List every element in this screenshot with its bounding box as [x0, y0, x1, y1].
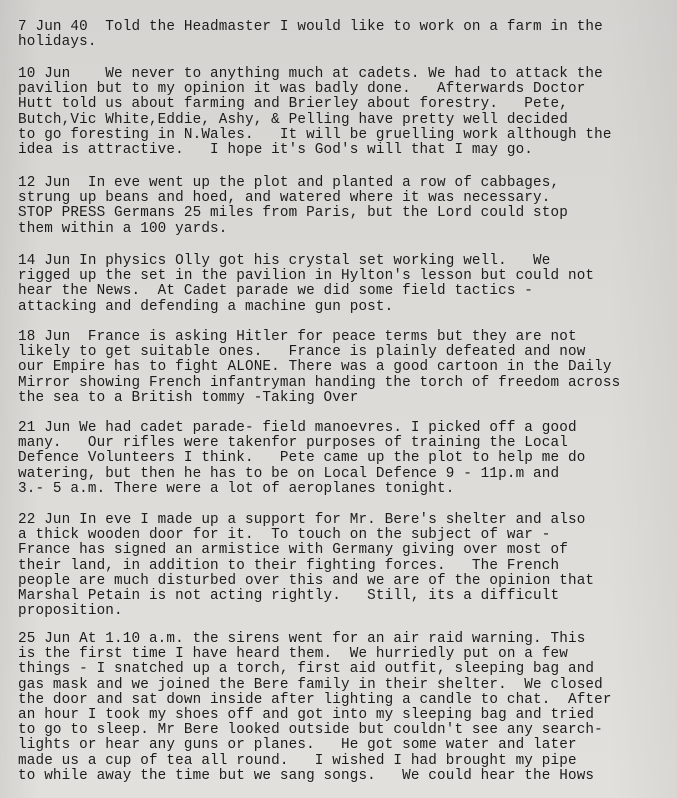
- diary-line: 10 Jun We never to anything much at cade…: [18, 67, 612, 82]
- diary-line: Marshal Petain is not acting rightly. St…: [18, 589, 594, 604]
- diary-line: 12 Jun In eve went up the plot and plant…: [18, 176, 568, 191]
- diary-line: idea is attractive. I hope it's God's wi…: [18, 143, 612, 158]
- diary-entry-14-jun: 14 Jun In physics Olly got his crystal s…: [18, 254, 594, 315]
- diary-line: likely to get suitable ones. France is p…: [18, 345, 620, 360]
- diary-line: pavilion but to my opinion it was badly …: [18, 82, 612, 97]
- diary-line: our Empire has to fight ALONE. There was…: [18, 360, 620, 375]
- diary-page: 7 Jun 40 Told the Headmaster I would lik…: [0, 0, 677, 798]
- diary-line: 3.- 5 a.m. There were a lot of aeroplane…: [18, 482, 585, 497]
- diary-line: Hutt told us about farming and Brierley …: [18, 97, 612, 112]
- diary-line: many. Our rifles were takenfor purposes …: [18, 436, 585, 451]
- diary-line: to go foresting in N.Wales. It will be g…: [18, 128, 612, 143]
- diary-line: Defence Volunteers I think. Pete came up…: [18, 451, 585, 466]
- diary-line: Mirror showing French infantryman handin…: [18, 376, 620, 391]
- diary-line: an hour I took my shoes off and got into…: [18, 708, 612, 723]
- diary-entry-18-jun: 18 Jun France is asking Hitler for peace…: [18, 330, 620, 406]
- diary-line: attacking and defending a machine gun po…: [18, 300, 594, 315]
- diary-line: the sea to a British tommy -Taking Over: [18, 391, 620, 406]
- diary-line: is the first time I have heard them. We …: [18, 647, 612, 662]
- diary-line: strung up beans and hoed, and watered wh…: [18, 191, 568, 206]
- diary-line: 14 Jun In physics Olly got his crystal s…: [18, 254, 594, 269]
- diary-line: a thick wooden door for it. To touch on …: [18, 528, 594, 543]
- diary-entry-21-jun: 21 Jun We had cadet parade- field manoev…: [18, 421, 585, 497]
- diary-entry-10-jun: 10 Jun We never to anything much at cade…: [18, 67, 612, 158]
- diary-line: them within a 100 yards.: [18, 222, 568, 237]
- diary-line: 22 Jun In eve I made up a support for Mr…: [18, 513, 594, 528]
- diary-entry-22-jun: 22 Jun In eve I made up a support for Mr…: [18, 513, 594, 619]
- diary-line: 21 Jun We had cadet parade- field manoev…: [18, 421, 585, 436]
- diary-line: their land, in addition to their fightin…: [18, 559, 594, 574]
- diary-line: people are much disturbed over this and …: [18, 574, 594, 589]
- diary-line: to go to sleep. Mr Bere looked outside b…: [18, 723, 612, 738]
- diary-line: lights or hear any guns or planes. He go…: [18, 738, 612, 753]
- diary-entry-12-jun: 12 Jun In eve went up the plot and plant…: [18, 176, 568, 237]
- diary-line: hear the News. At Cadet parade we did so…: [18, 284, 594, 299]
- diary-line: rigged up the set in the pavilion in Hyl…: [18, 269, 594, 284]
- diary-line: France has signed an armistice with Germ…: [18, 543, 594, 558]
- diary-line: 25 Jun At 1.10 a.m. the sirens went for …: [18, 632, 612, 647]
- diary-line: STOP PRESS Germans 25 miles from Paris, …: [18, 206, 568, 221]
- diary-line: to while away the time but we sang songs…: [18, 769, 612, 784]
- diary-entry-25-jun: 25 Jun At 1.10 a.m. the sirens went for …: [18, 632, 612, 784]
- diary-line: watering, but then he has to be on Local…: [18, 467, 585, 482]
- diary-entry-7-jun: 7 Jun 40 Told the Headmaster I would lik…: [18, 20, 603, 50]
- diary-line: 18 Jun France is asking Hitler for peace…: [18, 330, 620, 345]
- diary-line: 7 Jun 40 Told the Headmaster I would lik…: [18, 20, 603, 35]
- diary-line: the door and sat down inside after light…: [18, 693, 612, 708]
- diary-line: Butch,Vic White,Eddie, Ashy, & Pelling h…: [18, 113, 612, 128]
- diary-line: proposition.: [18, 604, 594, 619]
- diary-line: made us a cup of tea all round. I wished…: [18, 754, 612, 769]
- diary-line: holidays.: [18, 35, 603, 50]
- diary-line: things - I snatched up a torch, first ai…: [18, 662, 612, 677]
- diary-line: gas mask and we joined the Bere family i…: [18, 678, 612, 693]
